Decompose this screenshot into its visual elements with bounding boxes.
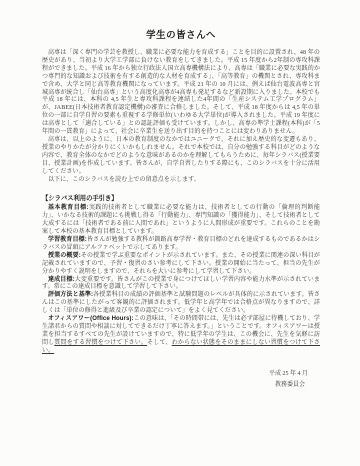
document-page: 学生の皆さんへ 高専は「深く専門の学芸を教授し、職業に必要な能力を育成する」こと… bbox=[0, 0, 360, 466]
guide-item-learning-education-goals: 学習教育目標:皆さんが勉強する教科が釧路高専学習・教育目標のどれを達成するもので… bbox=[42, 237, 320, 253]
document-footer: 平成 25 年 4 月 教務委員会 bbox=[42, 369, 320, 391]
page-title: 学生の皆さんへ bbox=[42, 30, 320, 42]
guide-item-office-hours: オフィスアワー(Office Hours):この意味は、「その時間帯には、先生は… bbox=[42, 316, 320, 356]
guide-item-basic-education-goals: 基本教育目標:実践的技術者として職業に必要な能力は、技術者としての行動の「倫理的… bbox=[42, 205, 320, 237]
paragraph-history: 高専は「深く専門の学芸を教授し、職業に必要な能力を育成する」ことを目的に設置され… bbox=[42, 50, 320, 137]
guide-item-label: 学習教育目標: bbox=[48, 237, 87, 243]
footer-committee: 教務委員会 bbox=[42, 380, 320, 391]
underlined-advice-1: 質問をする習慣をつけて下さい。 bbox=[54, 340, 147, 346]
guide-item-label: 授業の概要: bbox=[48, 253, 81, 259]
guide-item-evaluation-methods: 評価方法と基準:各授業科目の成績の評価基準と試験問題のレベルが具体的に示されてい… bbox=[42, 292, 320, 316]
guide-item-label: 基本教育目標: bbox=[48, 205, 89, 211]
guide-item-text: 大変重要です。皆さんがこの授業で身につけてほしい学習内容や能力水準が示されていま… bbox=[42, 277, 320, 291]
guide-item-course-overview: 授業の概要:その授業で学ぶ重要なポイントが示されています。また、その授業に関連の… bbox=[42, 253, 320, 277]
guide-item-label: オフィスアワー(Office Hours): bbox=[48, 316, 134, 322]
guide-item-text: その授業で学ぶ重要なポイントが示されています。また、その授業に関連の深い科目が記… bbox=[42, 253, 320, 275]
guide-item-text-middle: そして、 bbox=[147, 340, 172, 346]
paragraph-syllabus-purpose: 高専は、以上のように、日本の教育制度のなかではユニークで、それに加え歴史的な変遷… bbox=[42, 137, 320, 177]
guide-item-label: 達成目標: bbox=[48, 277, 75, 283]
guide-item-label: 評価方法と基準: bbox=[48, 292, 93, 298]
section-header-syllabus-guide: 【シラバス利用の手引き】 bbox=[42, 195, 320, 203]
footer-date: 平成 25 年 4 月 bbox=[42, 369, 320, 380]
paragraph-lead-in: 以下に、このシラバスを読む上での留意点を示します。 bbox=[42, 177, 320, 185]
guide-item-achievement-goals: 達成目標:大変重要です。皆さんがこの授業で身につけてほしい学習内容や能力水準が示… bbox=[42, 277, 320, 293]
